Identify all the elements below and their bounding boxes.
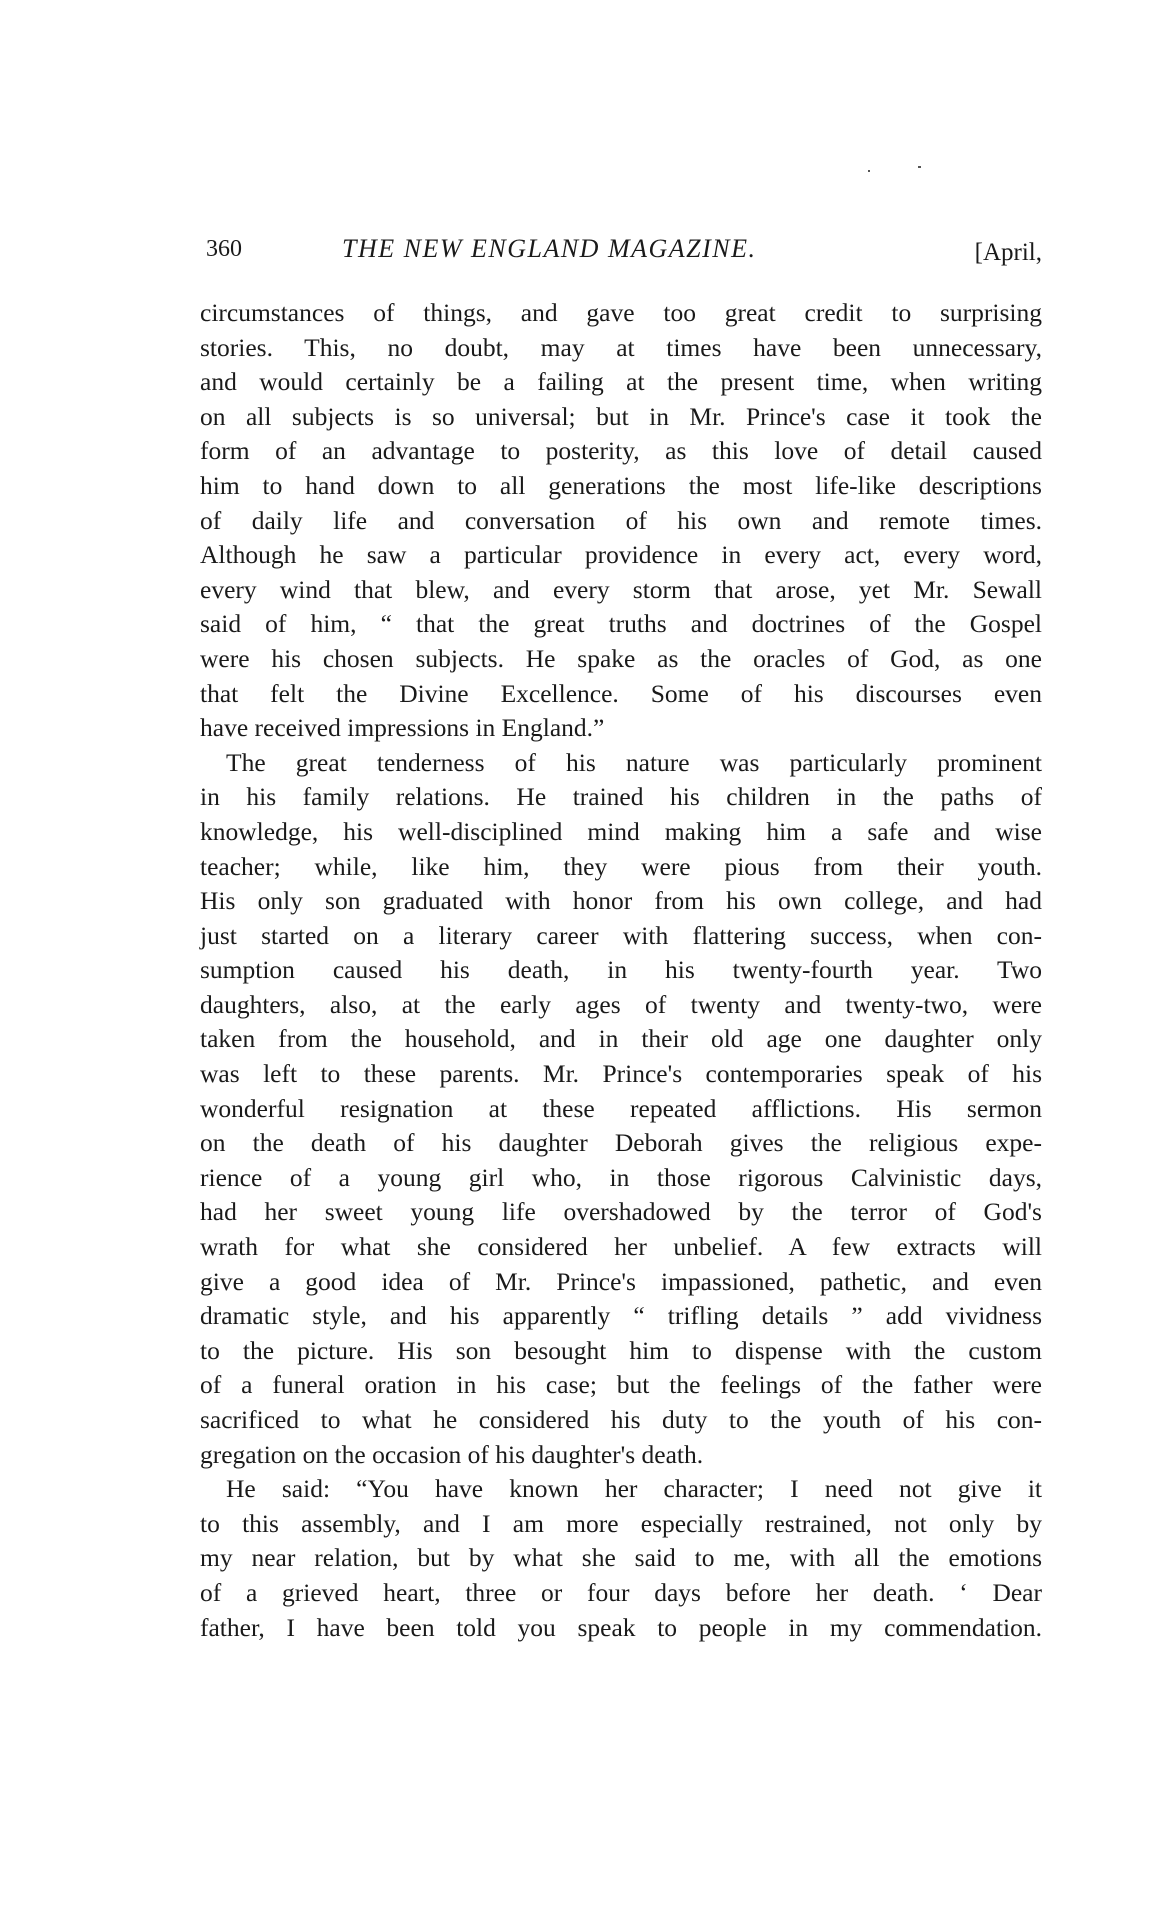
running-header: 360 THE NEW ENGLAND MAGAZINE. [April, [206, 232, 1042, 266]
scan-speck [868, 170, 870, 172]
text-line: my near relation, but by what she said t… [200, 1541, 1042, 1576]
text-line: was left to these parents. Mr. Prince's … [200, 1057, 1042, 1092]
text-line: circumstances of things, and gave too gr… [200, 296, 1042, 331]
text-line: were his chosen subjects. He spake as th… [200, 642, 1042, 677]
text-line: of a grieved heart, three or four days b… [200, 1576, 1042, 1611]
text-line: on all subjects is so universal; but in … [200, 400, 1042, 435]
text-line: form of an advantage to posterity, as th… [200, 434, 1042, 469]
text-line: The great tenderness of his nature was p… [200, 746, 1042, 781]
text-line: give a good idea of Mr. Prince's impassi… [200, 1265, 1042, 1300]
text-line: that felt the Divine Excellence. Some of… [200, 677, 1042, 712]
text-line: and would certainly be a failing at the … [200, 365, 1042, 400]
text-line: just started on a literary career with f… [200, 919, 1042, 954]
text-line: Although he saw a particular providence … [200, 538, 1042, 573]
article-body: circumstances of things, and gave too gr… [200, 296, 1042, 1645]
text-line: stories. This, no doubt, may at times ha… [200, 331, 1042, 366]
text-line: on the death of his daughter Deborah giv… [200, 1126, 1042, 1161]
text-line: daughters, also, at the early ages of tw… [200, 988, 1042, 1023]
text-line: knowledge, his well-disciplined mind mak… [200, 815, 1042, 850]
paragraph-2: The great tenderness of his nature was p… [200, 746, 1042, 1472]
text-line: father, I have been told you speak to pe… [200, 1611, 1042, 1646]
text-line: He said: “You have known her character; … [200, 1472, 1042, 1507]
scan-speck [918, 166, 921, 168]
text-line: sumption caused his death, in his twenty… [200, 953, 1042, 988]
text-line: sacrificed to what he considered his dut… [200, 1403, 1042, 1438]
paragraph-1: circumstances of things, and gave too gr… [200, 296, 1042, 746]
text-line: said of him, “ that the great truths and… [200, 607, 1042, 642]
text-line: in his family relations. He trained his … [200, 780, 1042, 815]
text-line: had her sweet young life overshadowed by… [200, 1195, 1042, 1230]
text-line: His only son graduated with honor from h… [200, 884, 1042, 919]
text-line: of daily life and conversation of his ow… [200, 504, 1042, 539]
text-line: taken from the household, and in their o… [200, 1022, 1042, 1057]
page-number: 360 [206, 232, 242, 266]
text-line: him to hand down to all generations the … [200, 469, 1042, 504]
text-line: to the picture. His son besought him to … [200, 1334, 1042, 1369]
running-title: THE NEW ENGLAND MAGAZINE. [342, 232, 757, 266]
text-line: dramatic style, and his apparently “ tri… [200, 1299, 1042, 1334]
text-line: have received impressions in England.” [200, 711, 1042, 746]
text-line: wonderful resignation at these repeated … [200, 1092, 1042, 1127]
text-line: to this assembly, and I am more especial… [200, 1507, 1042, 1542]
text-line: every wind that blew, and every storm th… [200, 573, 1042, 608]
text-line: of a funeral oration in his case; but th… [200, 1368, 1042, 1403]
text-line: wrath for what she considered her unbeli… [200, 1230, 1042, 1265]
issue-month: [April, [975, 236, 1042, 270]
text-line: teacher; while, like him, they were piou… [200, 850, 1042, 885]
text-line: rience of a young girl who, in those rig… [200, 1161, 1042, 1196]
text-line: gregation on the occasion of his daughte… [200, 1438, 1042, 1473]
paragraph-3: He said: “You have known her character; … [200, 1472, 1042, 1645]
